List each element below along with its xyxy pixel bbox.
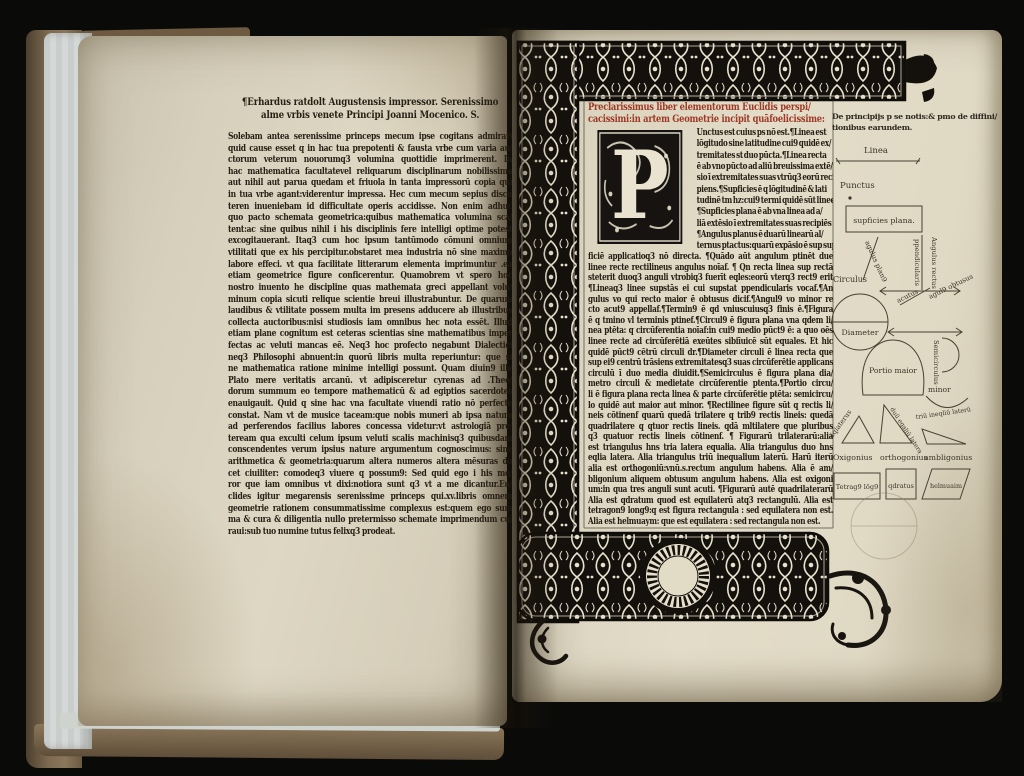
helmuaym-label: helmuaim xyxy=(930,482,962,490)
definitions-text-line: lōgitudo sine latitudine cui9 quidē ex/ xyxy=(697,139,833,150)
dedication-text-line: etiam geometrice figure conficerentur. Q… xyxy=(228,270,512,282)
definitions-text-line: cto acut9 appellaf.¶Termin9 ē qd vniuscu… xyxy=(588,305,833,316)
dedication-text-line: in tua vrbe agant:viderentur impressa. H… xyxy=(228,189,512,201)
margin-header-line-2: tionibus earundem. xyxy=(832,123,1010,134)
dedication-text-line: Plato mere veritatis arcanū. vt adipisce… xyxy=(228,375,512,387)
linea-label: Linea xyxy=(864,146,888,156)
dedication-text-line: etiam plane cognitum est ceteras scienti… xyxy=(228,328,512,340)
incipit-heading-line-2: cacissimi:in artem Geometrie incipit quā… xyxy=(588,114,833,126)
dedication-text-line: constat. Nam vt de musice taceam:que nob… xyxy=(228,410,512,422)
dedication-text-line: conscendentes verum ipsius nature argume… xyxy=(228,444,512,456)
dedication-text-line: vtilitati que ex his percipitur.obstaret… xyxy=(228,247,512,259)
portio-minor-arc xyxy=(926,396,968,408)
definitions-text-line: liā extēsio ī extremitates suas recipiēs xyxy=(697,219,833,230)
book-photo: ¶Erhardus ratdolt Augustensis impressor.… xyxy=(0,0,1024,776)
dedication-text-line: clides igitur megarensis serenissime pri… xyxy=(228,491,512,503)
definitions-text-line: est triangulus hns tria latera equalia. … xyxy=(588,443,833,454)
dedication-text-line: teren inueniebam id difficultate operis … xyxy=(228,201,512,213)
definitions-text-line: Unctus est cuius ps nō est.¶Linea est xyxy=(697,128,833,139)
dedication-text-line: enauigauit. Quid q sine hac vna facultat… xyxy=(228,398,512,410)
definitions-text-line: ternus ptactus:quarū expāsio ē sup sup/ xyxy=(697,241,833,252)
orthogonius-label: orthogonius xyxy=(880,453,928,462)
dedication-text-line: raui:sub tuo numine tutus felixq3 prodea… xyxy=(228,526,512,538)
incipit-heading-line-1: Preclarissimus liber elementorum Euclidi… xyxy=(588,102,833,114)
dedication-text-line: cet ciuiliter: comodeq3 viuere q possum9… xyxy=(228,468,512,480)
punctus-dot xyxy=(848,196,851,199)
tetragonus-label: Tetrag9 lōg9 xyxy=(836,483,879,491)
semicirculus-label: Semicirculus xyxy=(932,340,940,385)
definitions-text-line: gulus vo qui recto maior ē obtusus dicif… xyxy=(588,295,833,306)
border-corner-flourish-right xyxy=(830,572,891,645)
dedication-text-line: excogitauerant. Itaq3 cum hoc ipsum tant… xyxy=(228,235,512,247)
definitions-text-line: quidē pūct9 cētrū circuli dr.¶Diameter c… xyxy=(588,348,833,359)
dedication-text-line: ne mathematica ratione minime intelligi … xyxy=(228,363,512,375)
equilaterus-label: Eqlaterus xyxy=(830,408,854,440)
triangle-scalene xyxy=(922,429,966,444)
margin-header: De principijs p se notis:& pmo de diffin… xyxy=(832,112,1010,133)
dedication-heading-line-2: alme vrbis venete Principi Joanni Moceni… xyxy=(228,109,512,122)
definitions-text-line: linee recte rectilineus angulus noīaf. ¶… xyxy=(588,263,833,274)
definitions-text-line: alia est orthogoniū:vnū.s.rectum angulum… xyxy=(588,464,833,475)
circulus-label: Circulus xyxy=(833,275,867,284)
definitions-text-line: metro circuli & medietate circūferentie … xyxy=(588,379,833,390)
semicirculus-arc xyxy=(942,338,959,372)
definitions-text-line: ¶Angulus planus ē duarū linearū al/ xyxy=(697,230,833,241)
definitions-text-line: tetragon9 long9:q est figura rectangula … xyxy=(588,506,833,517)
dedication-text-line: quo pacto schemata geometrica:quibus mat… xyxy=(228,212,512,224)
definitions-text-line: tudinē tm hz:cui9 termi quidē sūt linee. xyxy=(697,196,833,207)
trium-inequalium-label: triū ineqliū laterū xyxy=(915,406,971,421)
minor-label: minor xyxy=(928,385,951,394)
perpendicularis-label: ppendicularis xyxy=(913,239,921,286)
definitions-text-line: ¶Lineaq3 linee supstās ei cui supstat pp… xyxy=(588,284,833,295)
dedication-text-line: fectas ac veluti mancas eē. Neq3 hoc pro… xyxy=(228,340,512,352)
definitions-text-line: ē q tmino vl terminis ptinef.¶Circul9 ē … xyxy=(588,316,833,327)
definitions-text-line: q3 quatuor rectis lineis cōtinenf. ¶ Fig… xyxy=(588,432,833,443)
dedication-text-line: ctorum veterum nouorumq3 volumina quotti… xyxy=(228,154,512,166)
dedication-text-line: quid cause esset q in hac tua prepotenti… xyxy=(228,143,512,155)
border-medallion xyxy=(640,538,716,614)
definitions-text-line: circulū ī duo media diuidit.¶Semicirculu… xyxy=(588,369,833,380)
ambligonius-label: ambligonius xyxy=(924,453,972,462)
definitions-text-line: quadrilatere q qtuor rectis lineis. qdā … xyxy=(588,422,833,433)
definitions-text-line: lo quidē aut maior aut minor. ¶Rectiline… xyxy=(588,401,833,412)
dedication-text-line: minum copia sicuti relique scientie breu… xyxy=(228,294,512,306)
dedication-text-line: ror que iam omnibus vt dixi:notiora sunt… xyxy=(228,479,512,491)
definitions-text-line: um:in qua tres anguli sunt acuti. ¶Figur… xyxy=(588,485,833,496)
dedication-text-line: Solebam antea serenissime princeps mecum… xyxy=(228,131,512,143)
dedication-text-line: ad perferendos facilius labores concessa… xyxy=(228,421,512,433)
definitions-text-line: tremitates st duo pūcta.¶Linea recta xyxy=(697,151,833,162)
definitions-text-line: ficiē applicatioq3 nō directa. ¶Quādo aū… xyxy=(588,252,833,263)
dedication-body: Solebam antea serenissime princeps mecum… xyxy=(228,131,512,537)
definitions-text-line: sio ī extremitates suas vtrūq3 eorū reci xyxy=(697,173,833,184)
obtusus-base-line xyxy=(888,328,962,336)
definitions-body: ficiē applicatioq3 nō directa. ¶Quādo aū… xyxy=(588,252,833,527)
right-page: Preclarissimus liber elementorum Euclidi… xyxy=(512,30,1002,702)
dedication-heading-line-1: ¶Erhardus ratdolt Augustensis impressor.… xyxy=(228,96,512,109)
elements-text-block: Preclarissimus liber elementorum Euclidi… xyxy=(588,102,833,528)
dedication-letter: ¶Erhardus ratdolt Augustensis impressor.… xyxy=(228,96,512,537)
definitions-text-line: ē ab vno pūcto ad aliū breuissima extē/ xyxy=(697,162,833,173)
definitions-text-line: nea ptēta: q circūferentia noīaf:in cui9… xyxy=(588,326,833,337)
definitions-text-line: neis cōtinenf quarū quedā trilatere q tr… xyxy=(588,411,833,422)
definitions-indent-block: Unctus est cuius ps nō est.¶Linea estlōg… xyxy=(697,128,833,252)
left-page: ¶Erhardus ratdolt Augustensis impressor.… xyxy=(78,36,507,726)
oxigonius-label: Oxigonius xyxy=(833,453,873,462)
definitions-text-line: ¶Supficies plana ē ab vna linea ad a/ xyxy=(697,207,833,218)
definitions-text-line: li ē figura plana recta linea & parte ci… xyxy=(588,390,833,401)
acutus-label: acutus xyxy=(895,287,919,304)
margin-header-line-1: De principijs p se notis:& pmo de diffin… xyxy=(832,112,1010,123)
dedication-text-line: collecta auctoribus:nisi studiosis iam o… xyxy=(228,317,512,329)
definitions-text-line: Alia est qdratum quod est equilaterū atq… xyxy=(588,496,833,507)
portio-maior-label: Portio maior xyxy=(869,366,917,375)
diameter-label: Diameter xyxy=(842,328,879,337)
definitions-text-line: steterit duoq3 anguli vtrobiq3 fuerīt eq… xyxy=(588,273,833,284)
definitions-text-line: piens.¶Supficies ē q lōgitudinē & lati xyxy=(697,185,833,196)
definitions-text-line: sup ei9 centrū trāsiens extremitatesq3 s… xyxy=(588,358,833,369)
dedication-text-line: tent:ac sine quibus nihil i his discipli… xyxy=(228,224,512,236)
definitions-text-line: Alia est helmuaym: que est equilatera : … xyxy=(588,517,833,528)
margin-diagrams: Linea Punctus supficies plana. agulus pl… xyxy=(830,140,1006,564)
border-finial-leaf xyxy=(905,54,937,102)
dedication-text-line: geometrie rationem consummatissime compl… xyxy=(228,503,512,515)
dedication-text-line: neq3 Philosophi abnuent:in quorū libris … xyxy=(228,352,512,364)
dedication-text-line: teream qua exculti celum ipsum veluti sc… xyxy=(228,433,512,445)
dedication-text-line: ma & cura & diligentia nullo pretermisso… xyxy=(228,514,512,526)
show-through-circle xyxy=(851,493,917,559)
angulus-planus-label: agulus plan9 xyxy=(863,240,888,284)
dedication-text-line: hac mathematica facultatevel reliquarum … xyxy=(228,166,512,178)
dedication-text-line: nostro inuento he discipline quas mathem… xyxy=(228,282,512,294)
definitions-text-line: linee recte ad circūferētiā exeūtes sibi… xyxy=(588,337,833,348)
dedication-text-line: dorum summum eo tempore mathematicū & ad… xyxy=(228,386,512,398)
linea-diagram xyxy=(836,158,920,164)
angulus-rectus-label: Angulus rectus xyxy=(930,236,938,289)
quadratus-label: qdratus xyxy=(888,482,914,490)
svg-text:P: P xyxy=(611,131,669,242)
dedication-text-line: aut nihil aut parua quedam et friuola in… xyxy=(228,177,512,189)
superficies-label: supficies plana. xyxy=(853,216,914,225)
border-corner-flourish-left xyxy=(532,620,566,663)
dedication-text-line: laudibus & vtilitate possem multa im pre… xyxy=(228,305,512,317)
illuminated-initial-P: P xyxy=(588,130,692,244)
punctus-label: Punctus xyxy=(840,181,875,191)
dedication-text-line: arithmetica & geometria:quarum altera nu… xyxy=(228,456,512,468)
definitions-text-line: bligonium aliquem obtusum angulum habens… xyxy=(588,475,833,486)
definitions-text-line: eqlia latera. Alia triangulus triū inequ… xyxy=(588,453,833,464)
dedication-text-line: labore effeci. vt qua facilitate littera… xyxy=(228,259,512,271)
